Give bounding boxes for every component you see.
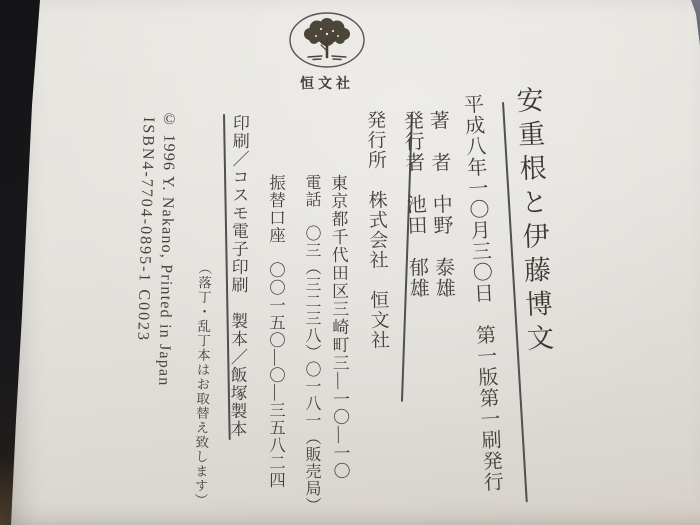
address-line: 東京都千代田区三崎町三—一〇—一〇	[329, 174, 349, 480]
printing-binding-line: 印刷／コスモ電子印刷 製本／飯塚製本	[228, 114, 248, 438]
returns-note-line: （落丁・乱丁本はお取替え致します）	[193, 261, 211, 508]
publisher-line: 発行所 株式会社 恒文社	[365, 110, 388, 350]
postal-account-line: 振替口座 〇〇一五〇—〇—三五八二四	[267, 174, 284, 489]
phone-line: 電話 〇三（三二三八）〇一八一（販売局）	[303, 174, 319, 514]
publisher-logo: 恒文社	[288, 11, 366, 91]
tree-in-ellipse-icon	[288, 11, 366, 71]
publisher-logo-name: 恒文社	[288, 73, 366, 93]
